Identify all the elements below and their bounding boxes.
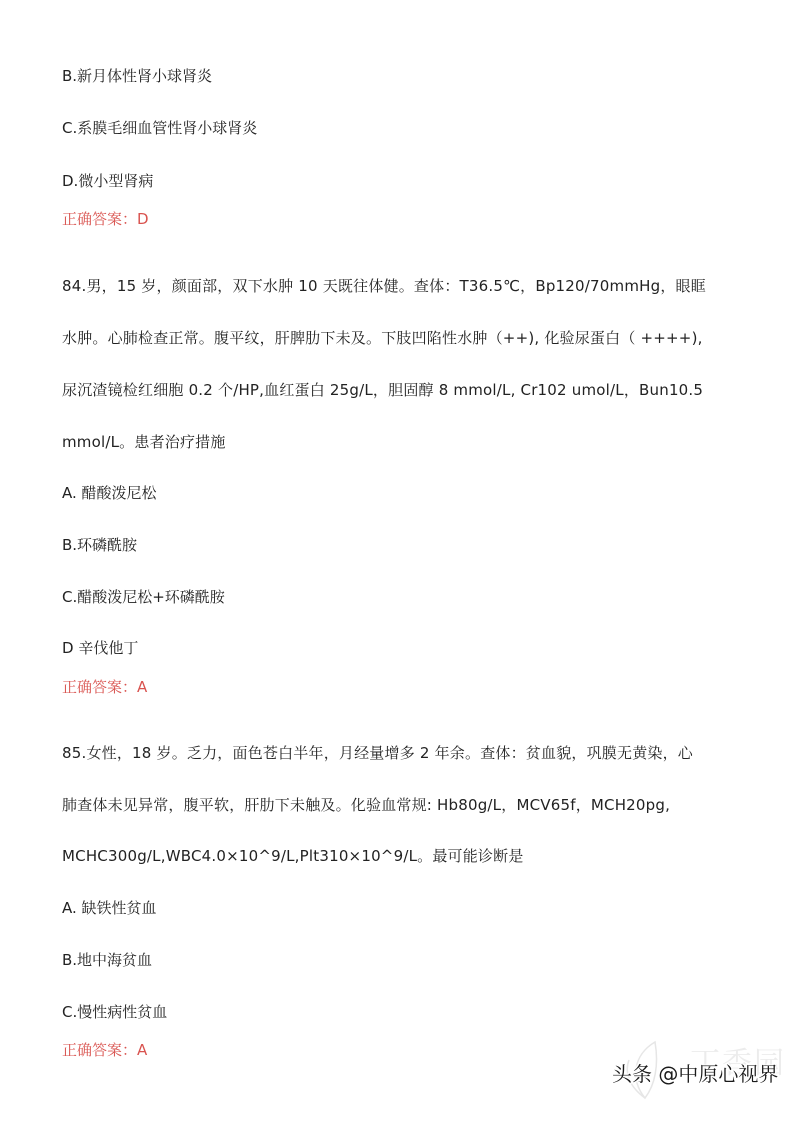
q83-option-c: C.系膜毛细血管性肾小球肾炎 [62,118,257,138]
q84-option-b: B.环磷酰胺 [62,535,137,555]
q85-stem-line-3: MCHC300g/L,WBC4.0×10^9/L,Plt310×10^9/L。最… [62,846,524,866]
q83-option-d: D.微小型肾病 [62,171,153,191]
q84-option-d: D 辛伐他丁 [62,638,138,658]
q84-option-a: A. 醋酸泼尼松 [62,483,157,503]
q85-answer: 正确答案：A [62,1040,147,1060]
q83-answer: 正确答案：D [62,209,149,229]
q84-stem-line-3: 尿沉渣镜检红细胞 0.2 个/HP,血红蛋白 25g/L，胆固醇 8 mmol/… [62,380,703,400]
q84-stem-line-2: 水肿。心肺检查正常。腹平纹，肝脾肋下未及。下肢凹陷性水肿（++), 化验尿蛋白（… [62,328,703,348]
q84-option-c: C.醋酸泼尼松+环磷酰胺 [62,587,225,607]
q84-stem-line-1: 84.男，15 岁，颜面部，双下水肿 10 天既往体健。查体：T36.5℃，Bp… [62,276,706,296]
watermark-credit: 头条 @中原心视界 [612,1058,778,1087]
q85-stem-line-2: 肺查体未见异常，腹平软，肝肋下未触及。化验血常规: Hb80g/L，MCV65f… [62,795,670,815]
q84-stem-line-4: mmol/L。患者治疗措施 [62,432,226,452]
q85-option-b: B.地中海贫血 [62,950,152,970]
q85-option-a: A. 缺铁性贫血 [62,898,157,918]
q85-option-c: C.慢性病性贫血 [62,1002,167,1022]
q84-answer: 正确答案：A [62,677,147,697]
q85-stem-line-1: 85.女性，18 岁。乏力，面色苍白半年，月经量增多 2 年余。查体：贫血貌，巩… [62,743,693,763]
q83-option-b: B.新月体性肾小球肾炎 [62,66,212,86]
